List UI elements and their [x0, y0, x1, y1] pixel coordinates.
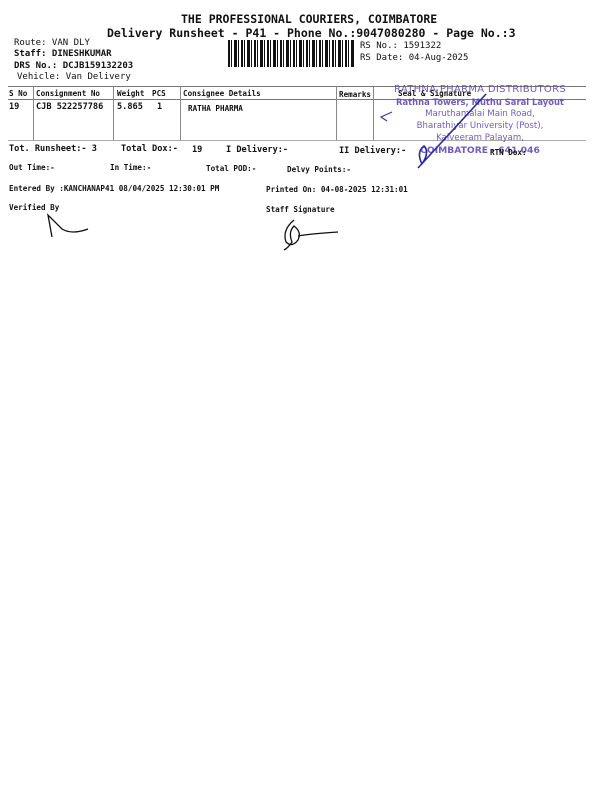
th-sno: S No — [9, 89, 27, 98]
staff-signature-label: Staff Signature — [266, 205, 335, 214]
staff-label: Staff: DINESHKUMAR — [14, 49, 112, 59]
rs-number: RS No.: 1591322 — [360, 41, 441, 51]
col-divider — [113, 86, 114, 140]
col-divider — [33, 86, 34, 140]
in-time: In Time:- — [110, 163, 151, 172]
th-weight: Weight — [117, 89, 144, 98]
printed-on: Printed On: 04-08-2025 12:31:01 — [266, 185, 408, 194]
verified-signature — [44, 213, 94, 243]
cell-sno: 19 — [9, 102, 19, 112]
signature-stroke — [412, 92, 492, 172]
barcode — [228, 40, 354, 67]
drs-number: DRS No.: DCJB159132203 — [14, 61, 133, 71]
i-delivery: I Delivery:- — [226, 145, 288, 155]
total-dox-label: Total Dox:- — [121, 144, 178, 154]
total-dox-value: 19 — [192, 145, 202, 155]
th-pcs: PCS — [152, 89, 166, 98]
entered-by: Entered By :KANCHANAP41 08/04/2025 12:30… — [9, 184, 219, 193]
out-time: Out Time:- — [9, 163, 55, 172]
th-consignee: Consignee Details — [183, 89, 261, 98]
delvy-points: Delvy Points:- — [287, 165, 351, 174]
cell-pcs: 1 — [157, 102, 162, 112]
tot-runsheet: Tot. Runsheet:- 3 — [9, 144, 97, 154]
cell-weight: 5.865 — [117, 102, 143, 112]
rs-date: RS Date: 04-Aug-2025 — [360, 53, 468, 63]
rtn-dox: RTN Dox: — [490, 148, 527, 157]
col-divider — [180, 86, 181, 140]
col-divider — [336, 86, 337, 140]
col-divider — [373, 86, 374, 140]
ii-delivery: II Delivery:- — [339, 146, 406, 156]
staff-signature — [278, 218, 343, 253]
vehicle-label: Vehicle: Van Delivery — [17, 72, 131, 82]
runsheet-subtitle: Delivery Runsheet - P41 - Phone No.:9047… — [107, 26, 516, 40]
th-remarks: Remarks — [339, 90, 371, 99]
verified-by-label: Verified By — [9, 203, 59, 212]
cell-consignee: RATHA PHARMA — [188, 104, 243, 113]
total-pod: Total POD:- — [206, 164, 256, 173]
company-title: THE PROFESSIONAL COURIERS, COIMBATORE — [181, 12, 437, 26]
cell-consignment: CJB 522257786 — [36, 102, 103, 112]
th-consignment: Consignment No — [36, 89, 100, 98]
route-label: Route: VAN DLY — [14, 38, 90, 48]
